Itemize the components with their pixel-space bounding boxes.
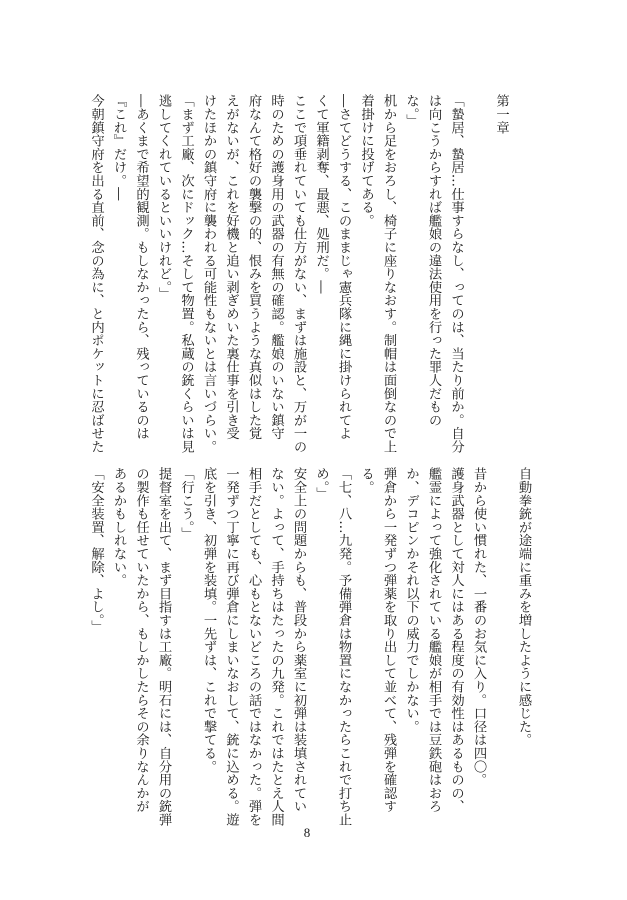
text-line: な。」 (399, 94, 422, 446)
lower-tier-text-block: 自動拳銃が途端に重みを増したように感じた。 昔から使い慣れた、一番のお気に入り。… (84, 467, 534, 819)
text-line: ここで項垂れていても仕方がない、まずは施設と、万が一の (287, 94, 310, 446)
book-page: 第一章 「蟄居、蟄居…仕事すらなし、ってのは、当たり前か。自分 は向こうからすれ… (0, 0, 627, 900)
text-line: め。」 (309, 467, 332, 819)
text-line: あるかもしれない。 (107, 467, 130, 819)
text-line: 提督室を出て、まず目指すは工廠。明石には、自分用の銃弾 (152, 467, 175, 819)
blank-line (467, 94, 490, 446)
chapter-title: 第一章 (489, 94, 512, 446)
text-line: 自動拳銃が途端に重みを増したように感じた。 (512, 467, 535, 819)
text-line: 昔から使い慣れた、一番のお気に入り。口径は四〇。 (467, 467, 490, 819)
text-line: 時のための護身用の武器の有無の確認。艦娘のいない鎮守 (264, 94, 287, 446)
text-line: か、デコピンかそれ以下の威力でしかない。 (399, 467, 422, 819)
text-line: 「蟄居、蟄居…仕事すらなし、ってのは、当たり前か。自分 (444, 94, 467, 446)
text-line: ―さてどうする、このままじゃ憲兵隊に縄に掛けられてよ (332, 94, 355, 446)
text-line: 相手だとしても、心もとないどころの話ではなかった。弾を (242, 467, 265, 819)
text-line: 「行こう。」 (174, 467, 197, 819)
text-line: 安全上の問題からも、普段から薬室に初弾は装填されてい (287, 467, 310, 819)
text-line: 今朝鎮守府を出る直前、念の為に、と内ポケットに忍ばせた (84, 94, 107, 446)
text-line: 机から足をおろし、椅子に座りなおす。制帽は面倒なので上 (377, 94, 400, 446)
blank-line (512, 94, 535, 446)
text-line: 一発ずつ丁寧に再び弾倉にしまいなおして、銃に込める。遊 (219, 467, 242, 819)
text-line: 逃してくれているといいけれど。」 (152, 94, 175, 446)
text-line: ―あくまで希望的観測。もしなかったら、残っているのは (129, 94, 152, 446)
text-line: 底を引き、初弾を装填。一先ずは、これで撃てる。 (197, 467, 220, 819)
text-line: ない。よって、手持ちはたったの九発。これではたとえ人間 (264, 467, 287, 819)
text-line: 「安全装置、解除、よし。」 (84, 467, 107, 819)
text-line: 「七、八…九発。予備弾倉は物置になかったらこれで打ち止 (332, 467, 355, 819)
text-line: の製作も任せていたから、もしかしたらその余りなんかが (129, 467, 152, 819)
upper-tier-text-block: 第一章 「蟄居、蟄居…仕事すらなし、ってのは、当たり前か。自分 は向こうからすれ… (84, 94, 534, 446)
text-line: 『これ』だけ。― (107, 94, 130, 446)
text-line: けたほかの鎮守府に襲われる可能性もないとは言いづらい。 (197, 94, 220, 446)
text-line: 弾倉から一発ずつ弾薬を取り出して並べて、残弾を確認す (377, 467, 400, 819)
text-line: 着掛けに投げてある。 (354, 94, 377, 446)
page-number: 8 (292, 825, 322, 841)
text-line: くて軍籍剥奪、最悪、処刑だ。― (309, 94, 332, 446)
text-line: 府なんて格好の襲撃の的、恨みを買うような真似はした覚 (242, 94, 265, 446)
text-line: る。 (354, 467, 377, 819)
blank-line (489, 467, 512, 819)
text-line: 「まず工廠、次にドック…そして物置。私蔵の銃くらいは見 (174, 94, 197, 446)
text-line: えがないが、これを好機と追い剥ぎめいた裏仕事を引き受 (219, 94, 242, 446)
text-line: は向こうからすれば艦娘の違法使用を行った罪人だもの (422, 94, 445, 446)
text-line: 艦霊によって強化されている艦娘が相手では豆鉄砲はおろ (422, 467, 445, 819)
text-line: 護身武器として対人にはある程度の有効性はあるものの、 (444, 467, 467, 819)
